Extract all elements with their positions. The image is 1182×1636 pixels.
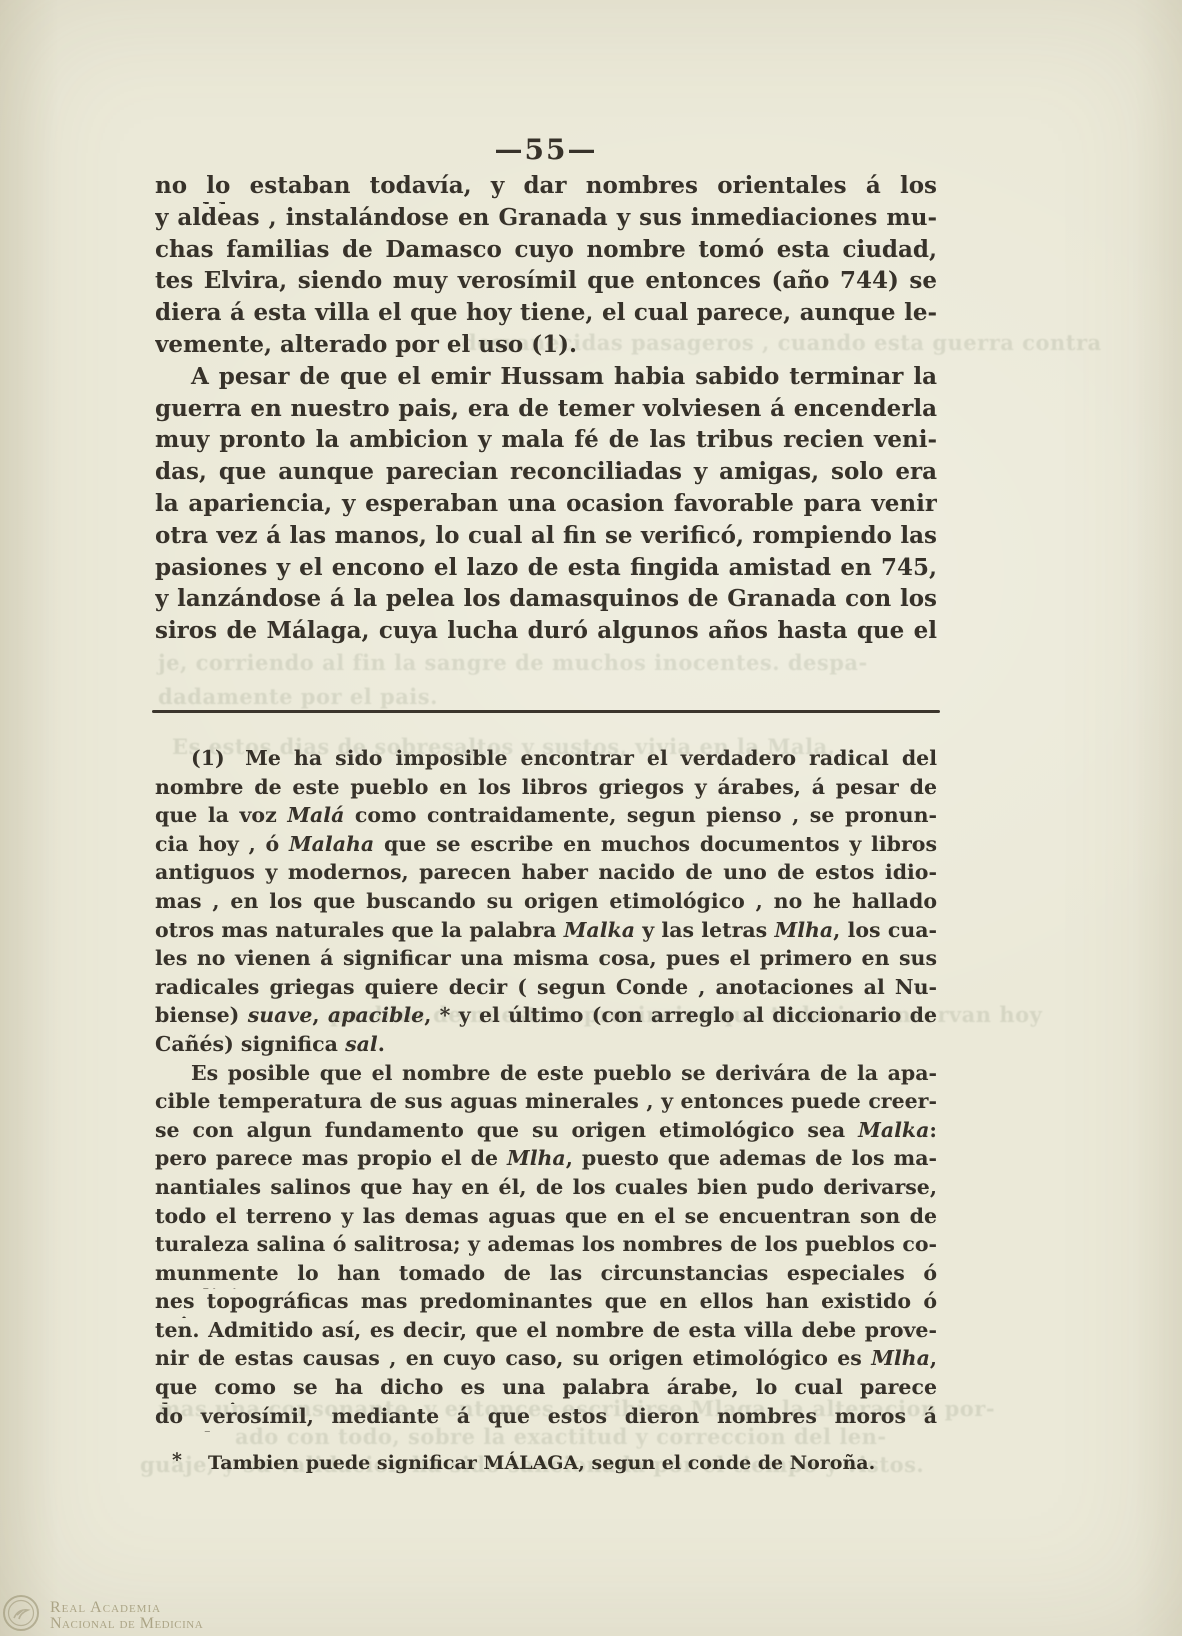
- text-line: y aldeas , instalándose en Granada y sus…: [155, 204, 937, 236]
- academia-seal-icon: [2, 1592, 42, 1634]
- text-line: cia hoy , ó Malaha que se escribe en muc…: [155, 832, 937, 861]
- text-line: la apariencia, y esperaban una ocasion f…: [155, 490, 937, 522]
- footnote-divider: [152, 710, 940, 713]
- star-footnote-text: Tambien puede significar MÁLAGA, segun e…: [208, 1452, 875, 1474]
- text-line: guerra en nuestro pais, era de temer vol…: [155, 395, 937, 427]
- text-line: Cañés) significa sal.: [155, 1032, 937, 1061]
- text-line: das, que aunque parecian reconciliadas y…: [155, 458, 937, 490]
- text-line: no lo estaban todavía, y dar nombres ori…: [155, 172, 937, 204]
- text-line: (1) Me ha sido imposible encontrar el ve…: [155, 746, 937, 775]
- text-line: muy pronto la ambicion y mala fé de las …: [155, 426, 937, 458]
- footnote-text: (1) Me ha sido imposible encontrar el ve…: [155, 746, 937, 1432]
- text-line: vemente, alterado por el uso (1).: [155, 331, 937, 363]
- book-page: desvanecidas pasageros , cuando esta gue…: [0, 0, 1182, 1636]
- text-line: nombre de este pueblo en los libros grie…: [155, 775, 937, 804]
- text-line: diera á esta villa el que hoy tiene, el …: [155, 299, 937, 331]
- text-line: nes topográficas mas predominantes que e…: [155, 1289, 937, 1318]
- text-line: y lanzándose á la pelea los damasquinos …: [155, 585, 937, 617]
- watermark-line2: Nacional de Medicina: [50, 1616, 203, 1632]
- text-line: biense) suave, apacible, * y el último (…: [155, 1003, 937, 1032]
- watermark-line1: Real Academia: [50, 1600, 203, 1616]
- text-line: otros mas naturales que la palabra Malka…: [155, 918, 937, 947]
- text-line: nir de estas causas , en cuyo caso, su o…: [155, 1346, 937, 1375]
- text-line: Es posible que el nombre de este pueblo …: [155, 1061, 937, 1090]
- text-line: chas familias de Damasco cuyo nombre tom…: [155, 236, 937, 268]
- text-line: munmente lo han tomado de las circunstan…: [155, 1261, 937, 1290]
- page-number: —55—: [155, 133, 937, 166]
- text-line: se con algun fundamento que su origen et…: [155, 1118, 937, 1147]
- text-line: pero parece mas propio el de Mlha, puest…: [155, 1146, 937, 1175]
- star-footnote: * Tambien puede significar MÁLAGA, segun…: [172, 1452, 875, 1474]
- text-line: tes Elvira, siendo muy verosímil que ent…: [155, 267, 937, 299]
- text-line: ten. Admitido así, es decir, que el nomb…: [155, 1318, 937, 1347]
- text-line: A pesar de que el emir Hussam habia sabi…: [155, 363, 937, 395]
- main-text: no lo estaban todavía, y dar nombres ori…: [155, 172, 937, 649]
- text-line: que la voz Malá como contraidamente, seg…: [155, 803, 937, 832]
- text-line: siros de Málaga, cuya lucha duró algunos…: [155, 617, 937, 649]
- text-line: cible temperatura de sus aguas minerales…: [155, 1089, 937, 1118]
- text-line: todo el terreno y las demas aguas que en…: [155, 1204, 937, 1233]
- text-line: turaleza salina ó salitrosa; y ademas lo…: [155, 1232, 937, 1261]
- asterisk-marker: *: [172, 1449, 182, 1471]
- show-through-line: je, corriendo al fin la sangre de muchos…: [158, 650, 868, 675]
- text-line: otra vez á las manos, lo cual al fin se …: [155, 522, 937, 554]
- text-line: que como se ha dicho es una palabra árab…: [155, 1375, 937, 1404]
- show-through-line: dadamente por el pais.: [158, 684, 438, 709]
- text-line: radicales griegas quiere decir ( segun C…: [155, 975, 937, 1004]
- text-line: pasiones y el encono el lazo de esta fin…: [155, 554, 937, 586]
- watermark-text: Real Academia Nacional de Medicina: [50, 1592, 203, 1632]
- text-line: nantiales salinos que hay en él, de los …: [155, 1175, 937, 1204]
- library-watermark: Real Academia Nacional de Medicina: [2, 1592, 203, 1634]
- text-line: les no vienen á significar una misma cos…: [155, 946, 937, 975]
- text-line: do verosímil, mediante á que estos diero…: [155, 1404, 937, 1433]
- text-line: mas , en los que buscando su origen etim…: [155, 889, 937, 918]
- text-line: antiguos y modernos, parecen haber nacid…: [155, 860, 937, 889]
